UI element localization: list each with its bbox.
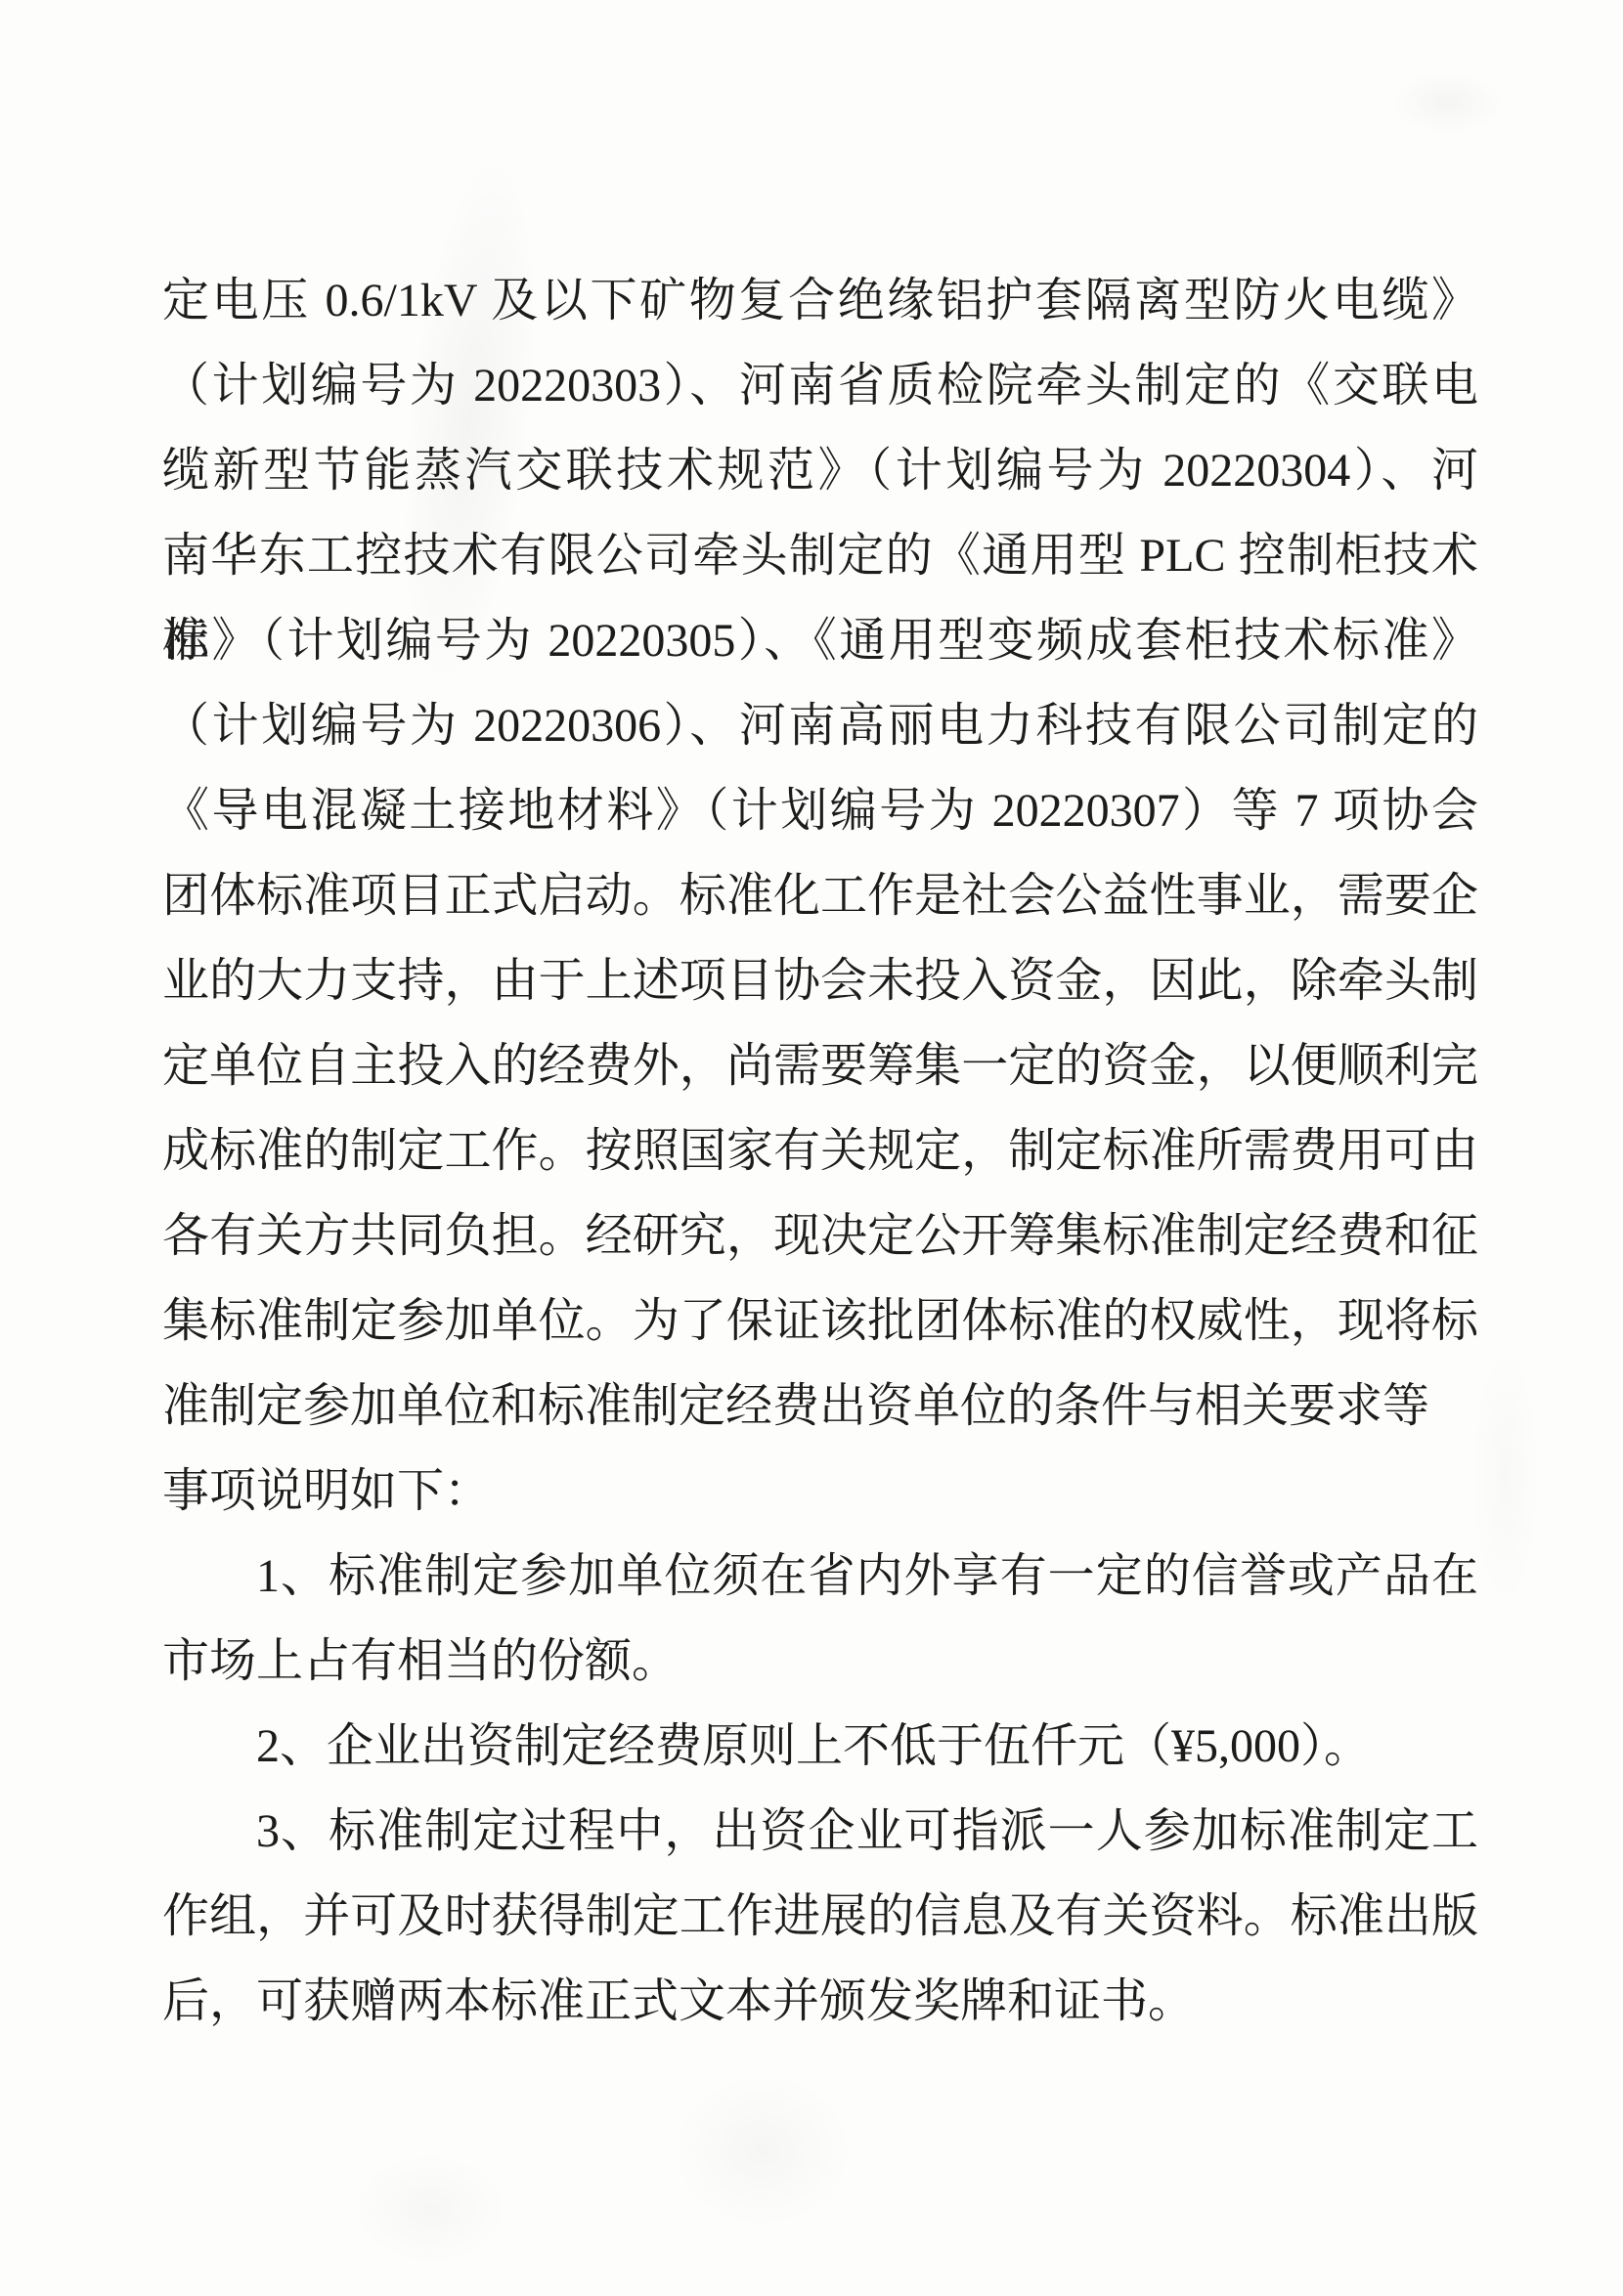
scan-artifact <box>323 2131 538 2287</box>
document-line: 集标准制定参加单位。为了保证该批团体标准的权威性，现将标 <box>162 1278 1478 1364</box>
document-line: 3、标准制定过程中，出资企业可指派一人参加标准制定工 <box>162 1789 1478 1874</box>
document-line: 各有关方共同负担。经研究，现决定公开筹集标准制定经费和征 <box>162 1193 1478 1278</box>
document-line: 市场上占有相当的份额。 <box>162 1619 1478 1704</box>
document-line: 缆新型节能蒸汽交联技术规范》（计划编号为 20220304）、河 <box>162 428 1478 513</box>
document-line: 《导电混凝土接地材料》（计划编号为 20220307）等 7 项协会 <box>162 768 1478 853</box>
document-line: 后，可获赠两本标准正式文本并颁发奖牌和证书。 <box>162 1959 1478 2044</box>
scan-artifact <box>626 2033 899 2268</box>
document-line: （计划编号为 20220306）、河南高丽电力科技有限公司制定的 <box>162 683 1478 768</box>
document-line: 准》（计划编号为 20220305）、《通用型变频成套柜技术标准》 <box>162 598 1478 683</box>
document-line: 2、企业出资制定经费原则上不低于伍仟元（¥5,000）。 <box>162 1704 1478 1789</box>
document-line: 定单位自主投入的经费外，尚需要筹集一定的资金，以便顺利完 <box>162 1023 1478 1108</box>
document-body: 定电压 0.6/1kV 及以下矿物复合绝缘铝护套隔离型防火电缆》（计划编号为 2… <box>162 258 1478 2044</box>
document-line: 团体标准项目正式启动。标准化工作是社会公益性事业，需要企 <box>162 853 1478 938</box>
document-line: 准制定参加单位和标准制定经费出资单位的条件与相关要求等 <box>162 1364 1478 1449</box>
document-line: 事项说明如下： <box>162 1449 1478 1534</box>
document-line: 成标准的制定工作。按照国家有关规定，制定标准所需费用可由 <box>162 1108 1478 1193</box>
document-line: 作组，并可及时获得制定工作进展的信息及有关资料。标准出版 <box>162 1874 1478 1959</box>
document-page: 定电压 0.6/1kV 及以下矿物复合绝缘铝护套隔离型防火电缆》（计划编号为 2… <box>0 0 1623 2296</box>
document-line: （计划编号为 20220303）、河南省质检院牵头制定的《交联电 <box>162 343 1478 428</box>
document-line: 1、标准制定参加单位须在省内外享有一定的信誉或产品在 <box>162 1534 1478 1619</box>
document-line: 南华东工控技术有限公司牵头制定的《通用型 PLC 控制柜技术标 <box>162 513 1478 598</box>
document-line: 业的大力支持，由于上述项目协会未投入资金，因此，除牵头制 <box>162 938 1478 1023</box>
document-line: 定电压 0.6/1kV 及以下矿物复合绝缘铝护套隔离型防火电缆》 <box>162 258 1478 343</box>
scan-artifact <box>1369 59 1525 147</box>
